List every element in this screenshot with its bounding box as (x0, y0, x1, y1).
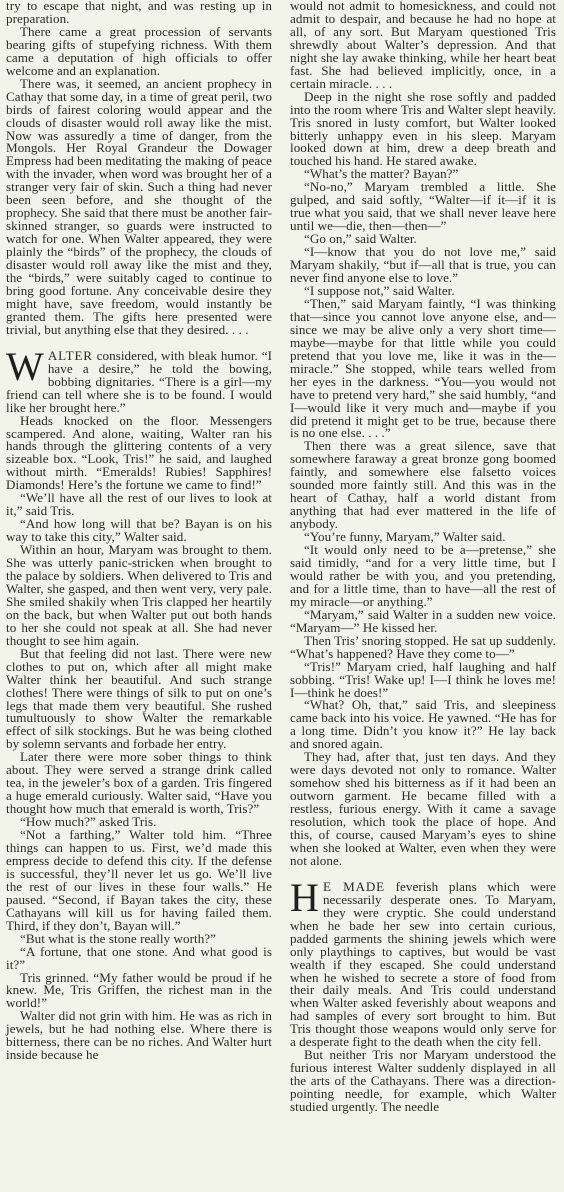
paragraph: They had, after that, just ten days. And… (290, 751, 556, 868)
paragraph: “A fortune, that one stone. And what goo… (6, 946, 272, 972)
section-text: feverish plans which were necessarily de… (290, 879, 556, 1049)
paragraph: “I—know that you do not love me,” said M… (290, 246, 556, 285)
magazine-page: try to escape that night, and was restin… (0, 0, 564, 1192)
paragraph: “Not a farthing,” Walter told him. “Thre… (6, 829, 272, 933)
section-opening-paragraph: HE MADE feverish plans which were necess… (290, 881, 556, 1049)
section-text: considered, with bleak humor. “I have a … (6, 348, 272, 415)
paragraph: But that feeling did not last. There wer… (6, 648, 272, 752)
paragraph: “And how long will that be? Bayan is on … (6, 518, 272, 544)
paragraph: “Then,” said Maryam faintly, “I was thin… (290, 298, 556, 440)
paragraph: Deep in the night she rose softly and pa… (290, 91, 556, 169)
paragraph: Then Tris’ snoring stopped. He sat up su… (290, 635, 556, 661)
paragraph: Then there was a great silence, save tha… (290, 440, 556, 531)
left-column: try to escape that night, and was restin… (6, 0, 272, 1062)
paragraph: Within an hour, Maryam was brought to th… (6, 544, 272, 648)
paragraph: “It would only need to be a—pretense,” s… (290, 544, 556, 609)
paragraph: But neither Tris nor Maryam understood t… (290, 1049, 556, 1114)
drop-cap: W (6, 352, 44, 382)
paragraph: “Maryam,” said Walter in a sudden new vo… (290, 609, 556, 635)
paragraph: There came a great procession of servant… (6, 26, 272, 78)
paragraph: “What? Oh, that,” said Tris, and sleepin… (290, 699, 556, 751)
paragraph: “No-no,” Maryam trembled a little. She g… (290, 181, 556, 233)
paragraph: Tris grinned. “My father would be proud … (6, 972, 272, 1011)
paragraph: would not admit to homesickness, and cou… (290, 0, 556, 91)
paragraph: try to escape that night, and was restin… (6, 0, 272, 26)
paragraph: “Tris!” Maryam cried, half laughing and … (290, 661, 556, 700)
paragraph: Walter did not grin with him. He was as … (6, 1010, 272, 1062)
paragraph: Heads knocked on the floor. Messengers s… (6, 415, 272, 493)
section-opening-paragraph: WALTER considered, with bleak humor. “I … (6, 350, 272, 415)
paragraph: “We’ll have all the rest of our lives to… (6, 492, 272, 518)
paragraph: There was, it seemed, an ancient prophec… (6, 78, 272, 337)
drop-cap: H (290, 883, 319, 913)
right-column: would not admit to homesickness, and cou… (290, 0, 556, 1114)
paragraph: Later there were more sober things to th… (6, 751, 272, 816)
